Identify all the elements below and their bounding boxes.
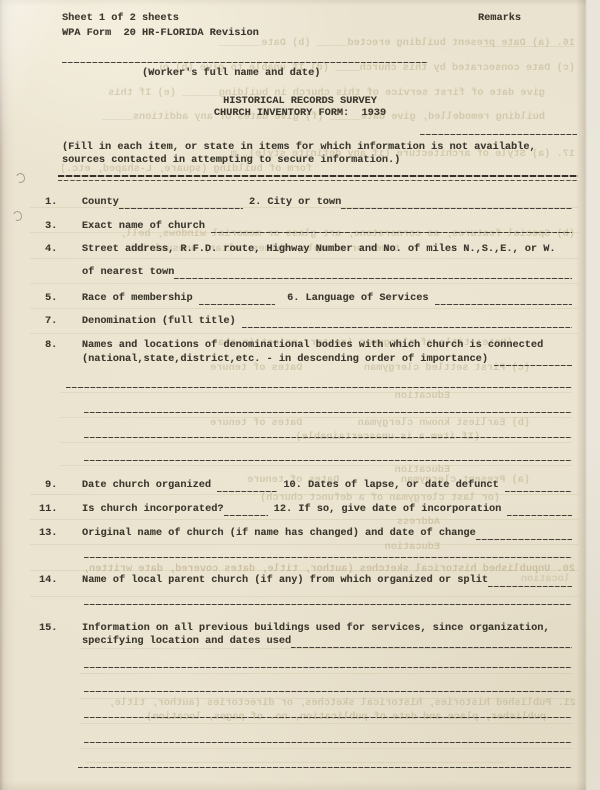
worker-name-caption: (Worker's full name and date) — [142, 67, 320, 80]
item-4-row-2: of nearest town — [82, 266, 572, 279]
fill-in-line — [507, 511, 572, 516]
bleed-through-rule — [30, 308, 578, 309]
fill-in-line — [217, 487, 277, 492]
bleed-through-rule — [60, 442, 572, 443]
item-1-2-row-text: 1. County — [45, 196, 119, 209]
form-title-text: CHURCH INVENTORY FORM: 1939 — [214, 107, 386, 120]
bleed-through-rule — [60, 417, 572, 418]
bleed-through-rule — [30, 544, 578, 545]
item-9-10-row: 9. Date church organized 10. Dates of la… — [45, 479, 572, 492]
fill-in-line — [84, 738, 572, 743]
bleed-through-rule — [30, 258, 578, 259]
blank-line-10 — [84, 738, 572, 743]
wpa-form-label-text: WPA Form 20 HR-FLORIDA Revision — [62, 27, 259, 40]
item-14-row: 14. Name of local parent church (if any)… — [39, 574, 572, 587]
bleed-through-rule — [80, 648, 572, 649]
item-3-row: 3. Exact name of church — [45, 220, 572, 233]
bleed-through-rule — [80, 723, 572, 724]
form-title: CHURCH INVENTORY FORM: 1939 — [30, 107, 570, 120]
bleed-through-ghost-text: (b) Earliest known clergyman Dates of te… — [140, 417, 530, 430]
fill-in-line — [242, 323, 572, 328]
instructions-line-2-text: sources contacted in attempting to secur… — [62, 154, 400, 167]
item-8-row-1-text: 8. Names and locations of denominational… — [45, 339, 543, 352]
fill-in-line — [84, 408, 572, 413]
bleed-through-rule — [30, 570, 578, 571]
sheet-count-text: Sheet 1 of 2 sheets — [62, 12, 179, 25]
fill-in-line — [291, 643, 572, 648]
fill-in-line — [84, 553, 572, 558]
item-4-row-1-text: 4. Street address, R.F.D. route, Highway… — [45, 243, 556, 256]
bleed-through-rule — [30, 494, 578, 495]
bleed-through-rule — [60, 392, 572, 393]
fill-in-line — [476, 535, 572, 540]
divider-rule — [58, 175, 578, 181]
fill-in-line — [62, 58, 428, 63]
fill-in-line — [494, 361, 572, 366]
bleed-through-rule — [80, 748, 572, 749]
fill-in-line — [84, 456, 572, 461]
blank-line-1 — [66, 383, 572, 388]
item-3-row-text: 3. Exact name of church — [45, 220, 211, 233]
item-13-row: 13. Original name of church (if name has… — [39, 527, 572, 540]
fill-in-line — [78, 763, 572, 768]
item-15-row-2: specifying location and dates used — [82, 635, 572, 648]
fill-in-line — [119, 204, 243, 209]
worker-name-caption-text: (Worker's full name and date) — [142, 67, 320, 80]
item-13-row-text: 13. Original name of church (if name has… — [39, 527, 476, 540]
scanned-church-inventory-form: Sheet 1 of 2 sheetsRemarksWPA Form 20 HR… — [0, 0, 600, 790]
item-5-6-row: 5. Race of membership 6. Language of Ser… — [45, 292, 572, 305]
bleed-through-rule — [30, 283, 578, 284]
item-1-2-row-text: 2. City or town — [243, 196, 341, 209]
fill-in-line — [488, 582, 572, 587]
bleed-through-rule — [80, 698, 572, 699]
item-8-row-2-text: (national,state,district,etc. - in desce… — [82, 353, 494, 366]
remarks-line — [420, 130, 577, 135]
blank-line-2 — [84, 408, 572, 413]
bleed-through-rule — [30, 519, 578, 520]
fill-in-line — [341, 204, 572, 209]
item-15-row-1: 15. Information on all previous building… — [39, 622, 550, 635]
item-8-row-1: 8. Names and locations of denominational… — [45, 339, 543, 352]
item-11-12-row: 11. Is church incorporated? 12. If so, g… — [39, 503, 572, 516]
fill-in-line — [435, 300, 572, 305]
staple-mark-bottom — [12, 210, 24, 222]
instructions-line-1: (Fill in each item, or state in items fo… — [62, 141, 536, 154]
fill-in-line — [505, 487, 572, 492]
blank-line-8 — [84, 687, 572, 692]
wpa-form-label: WPA Form 20 HR-FLORIDA Revision — [62, 27, 259, 40]
fill-in-line — [66, 383, 572, 388]
item-4-row-2-text: of nearest town — [82, 266, 174, 279]
item-14-row-text: 14. Name of local parent church (if any)… — [39, 574, 488, 587]
fill-in-line — [84, 600, 572, 605]
item-7-row-text: 7. Denomination (full title) — [45, 315, 242, 328]
bleed-through-rule — [480, 46, 575, 47]
item-15-row-2-text: specifying location and dates used — [82, 635, 291, 648]
item-8-row-2: (national,state,district,etc. - in desce… — [82, 353, 572, 366]
blank-line-7 — [84, 663, 572, 668]
item-5-6-row-text: 5. Race of membership — [45, 292, 199, 305]
blank-line-11 — [78, 763, 572, 768]
blank-line-4 — [84, 456, 572, 461]
blank-line-6 — [84, 600, 572, 605]
fill-in-line — [84, 663, 572, 668]
item-4-row-1: 4. Street address, R.F.D. route, Highway… — [45, 243, 556, 256]
item-7-row: 7. Denomination (full title) — [45, 315, 572, 328]
fill-in-line — [84, 713, 572, 718]
item-5-6-row-text: 6. Language of Services — [275, 292, 435, 305]
bleed-through-rule — [80, 673, 572, 674]
fill-in-line — [211, 228, 572, 233]
fill-in-line — [199, 300, 275, 305]
blank-line-3 — [84, 433, 572, 438]
remarks-label: Remarks — [478, 12, 521, 25]
instructions-line-2: sources contacted in attempting to secur… — [62, 154, 400, 167]
remarks-label-text: Remarks — [478, 12, 521, 25]
fill-in-line — [420, 130, 577, 135]
staple-mark-top — [15, 172, 27, 184]
fill-in-line — [174, 274, 572, 279]
bleed-through-rule — [30, 333, 578, 334]
blank-line-9 — [84, 713, 572, 718]
item-11-12-row-text: 12. If so, give date of incorporation — [268, 503, 508, 516]
item-11-12-row-text: 11. Is church incorporated? — [39, 503, 224, 516]
instructions-line-1-text: (Fill in each item, or state in items fo… — [62, 141, 536, 154]
item-9-10-row-text: 10. Dates of lapse, or date defunct — [277, 479, 505, 492]
fill-in-line — [84, 433, 572, 438]
item-1-2-row: 1. County 2. City or town — [45, 196, 572, 209]
worker-name-line — [62, 58, 428, 63]
bleed-through-rule — [30, 596, 578, 597]
item-9-10-row-text: 9. Date church organized — [45, 479, 217, 492]
bleed-through-rule — [60, 465, 572, 466]
fill-in-line — [84, 687, 572, 692]
item-15-row-1-text: 15. Information on all previous building… — [39, 622, 550, 635]
sheet-count: Sheet 1 of 2 sheets — [62, 12, 179, 25]
blank-line-5 — [84, 553, 572, 558]
fill-in-line — [224, 511, 268, 516]
